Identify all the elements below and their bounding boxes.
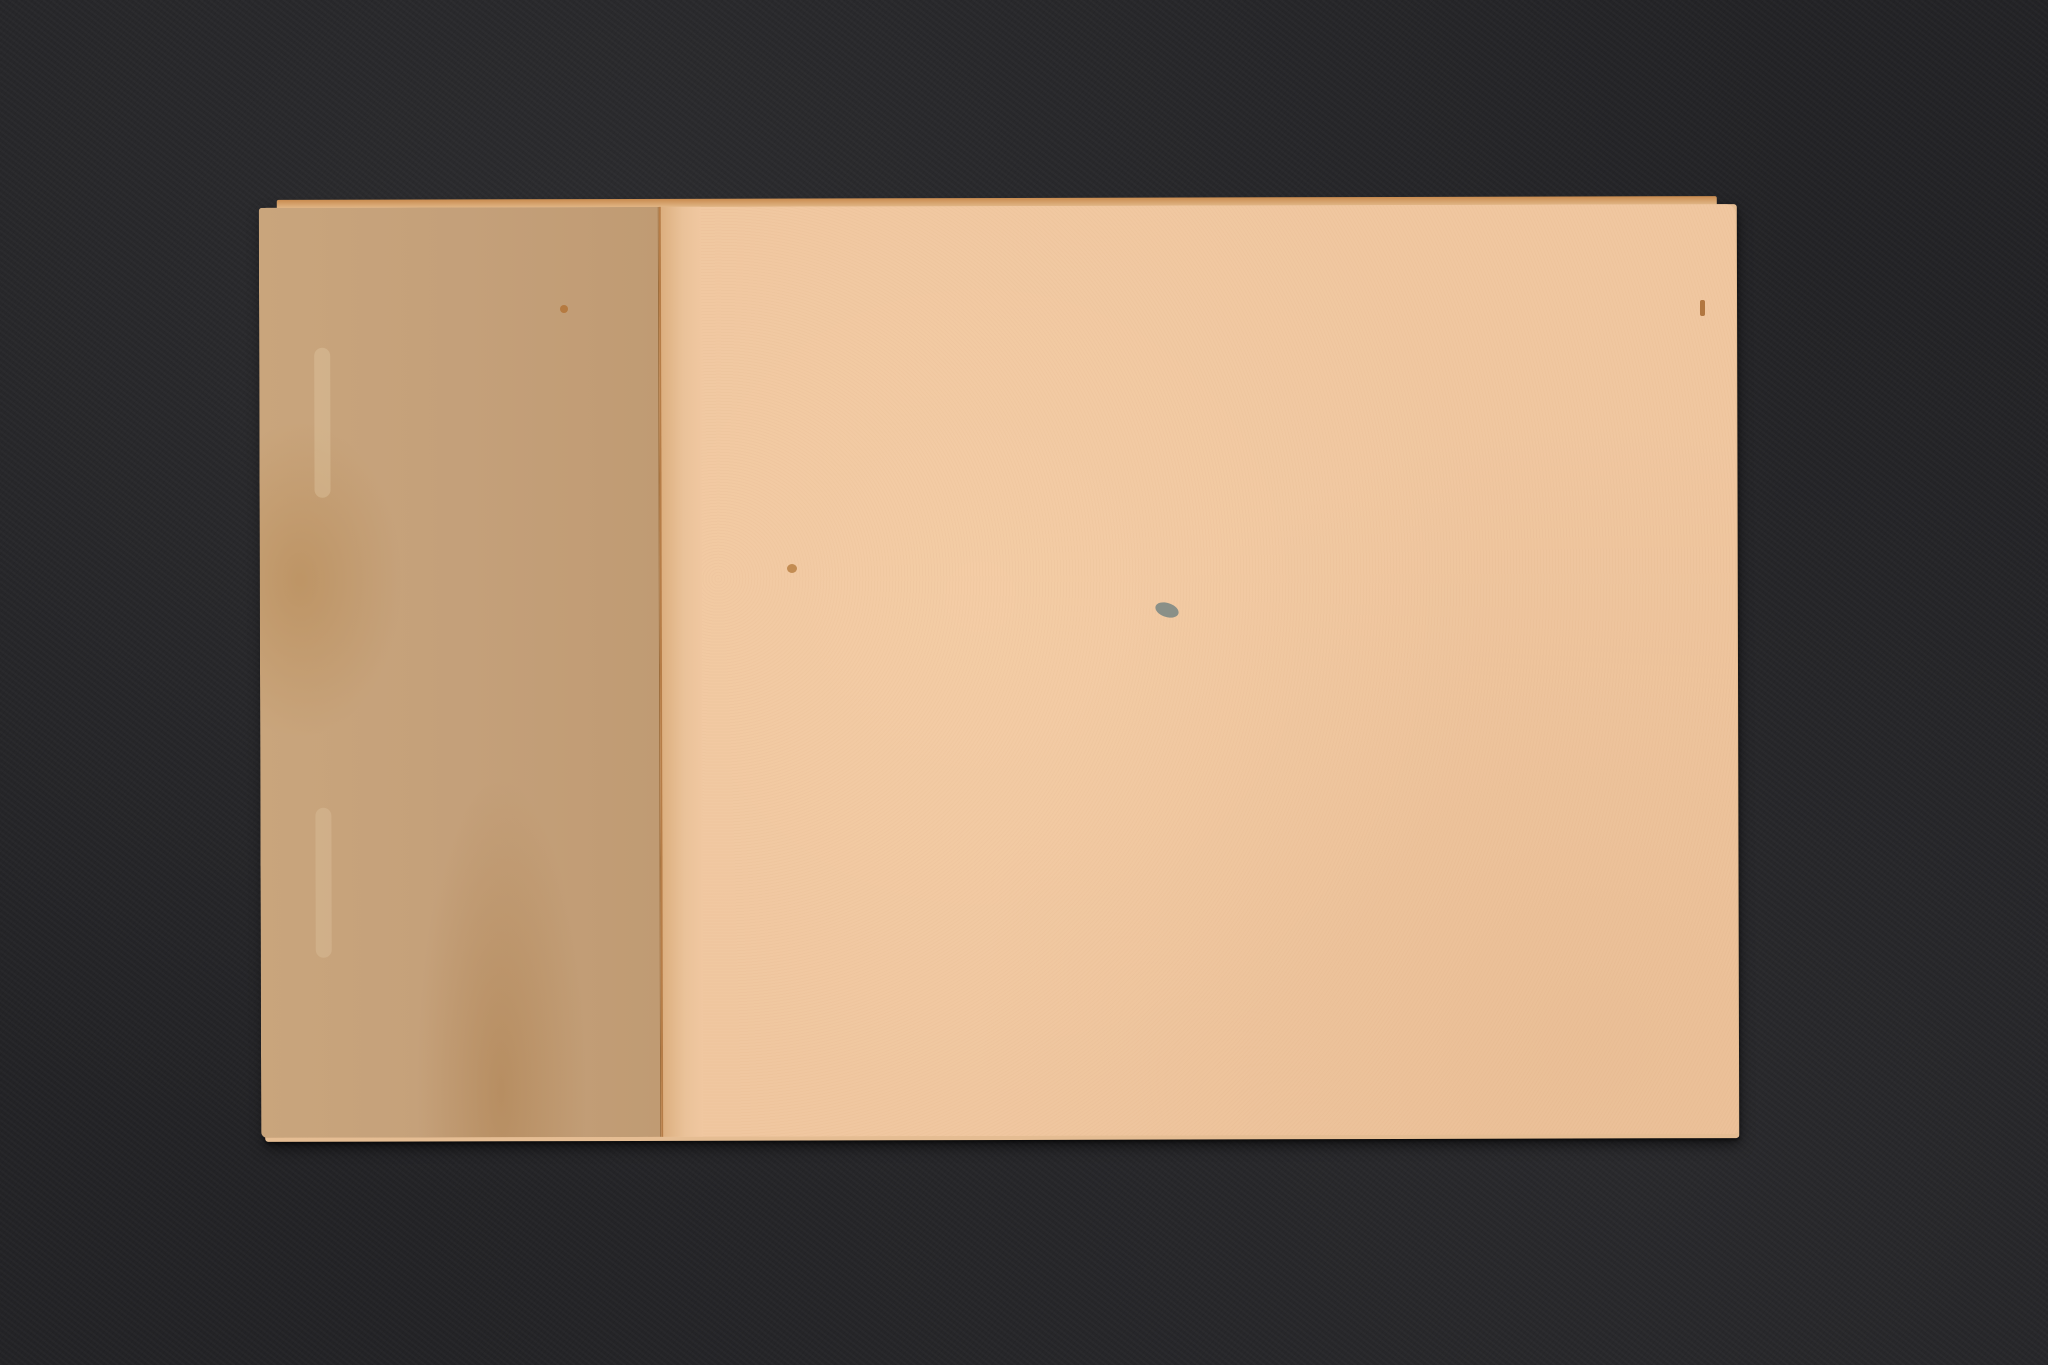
foxing-spot <box>1700 300 1705 316</box>
binding-strip <box>659 207 703 1137</box>
booklet <box>259 196 1739 1140</box>
foxing-spot <box>560 305 568 313</box>
spine-tape <box>259 207 661 1138</box>
foxing-spot <box>787 564 797 573</box>
photo-scene <box>0 0 2048 1365</box>
